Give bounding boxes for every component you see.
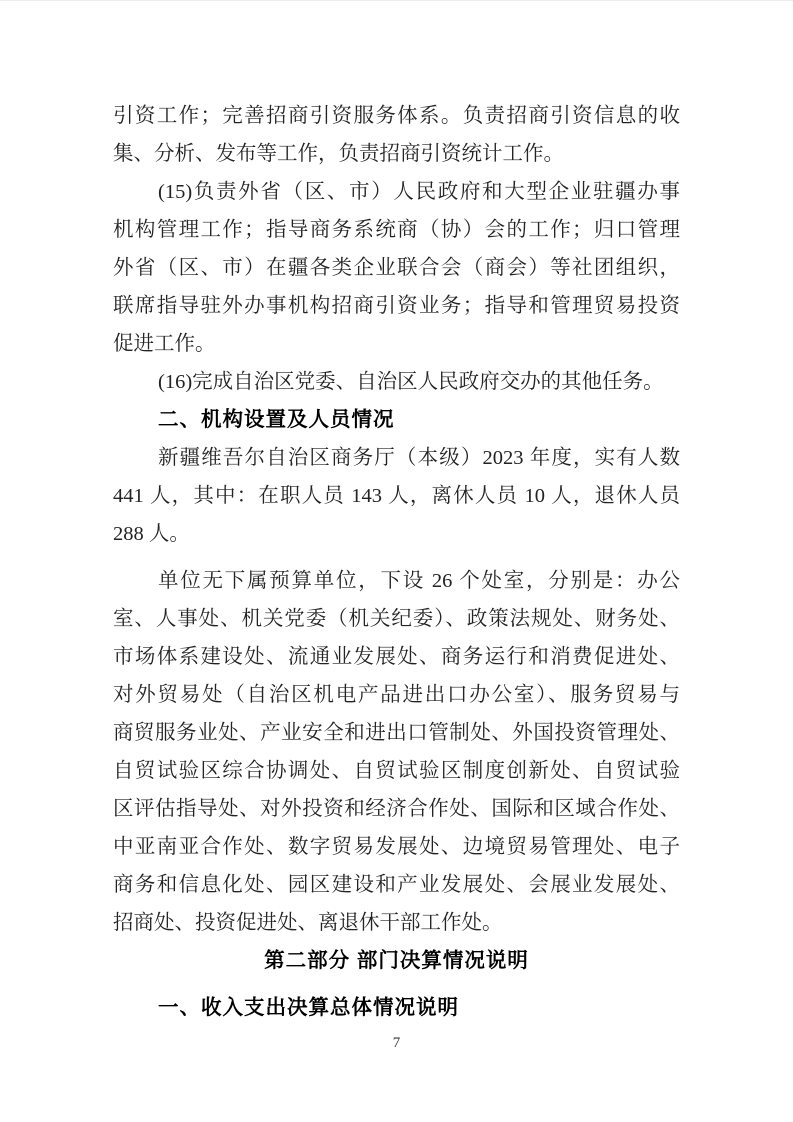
document-page: 引资工作；完善招商引资服务体系。负责招商引资信息的收集、分析、发布等工作，负责招… [0, 0, 793, 1122]
text-line: 市场体系建设处、流通业发展处、商务运行和消费促进处、 [113, 638, 680, 676]
text-line: 新疆维吾尔自治区商务厅（本级）2023 年度，实有人数 [113, 439, 680, 477]
text-line: 机构管理工作；指导商务系统商（协）会的工作；归口管理 [113, 211, 680, 249]
text-line: 引资工作；完善招商引资服务体系。负责招商引资信息的收 [113, 97, 680, 135]
text-line: 自贸试验区综合协调处、自贸试验区制度创新处、自贸试验 [113, 752, 680, 790]
text-line: 中亚南亚合作处、数字贸易发展处、边境贸易管理处、电子 [113, 828, 680, 866]
text-line: 区评估指导处、对外投资和经济合作处、国际和区域合作处、 [113, 790, 680, 828]
text-line: 对外贸易处（自治区机电产品进出口办公室）、服务贸易与 [113, 676, 680, 714]
text-line: (15)负责外省（区、市）人民政府和大型企业驻疆办事 [113, 173, 680, 211]
text-line: 集、分析、发布等工作，负责招商引资统计工作。 [113, 135, 680, 173]
section-title: 第二部分 部门决算情况说明 [113, 942, 680, 980]
text-line: 商务和信息化处、园区建设和产业发展处、会展业发展处、 [113, 866, 680, 904]
text-line: 单位无下属预算单位，下设 26 个处室，分别是：办公 [113, 562, 680, 600]
text-line: 招商处、投资促进处、离退休干部工作处。 [113, 904, 680, 942]
sub-heading: 一、收入支出决算总体情况说明 [113, 989, 680, 1027]
sub-heading: 二、机构设置及人员情况 [113, 401, 680, 439]
text-line: 288 人。 [113, 515, 680, 553]
text-line: 联席指导驻外办事机构招商引资业务；指导和管理贸易投资 [113, 287, 680, 325]
text-line: (16)完成自治区党委、自治区人民政府交办的其他任务。 [113, 363, 680, 401]
page-number: 7 [0, 1035, 793, 1052]
text-line: 室、人事处、机关党委（机关纪委）、政策法规处、财务处、 [113, 600, 680, 638]
text-line: 商贸服务业处、产业安全和进出口管制处、外国投资管理处、 [113, 714, 680, 752]
text-line: 441 人，其中：在职人员 143 人，离休人员 10 人，退休人员 [113, 477, 680, 515]
document-body: 引资工作；完善招商引资服务体系。负责招商引资信息的收集、分析、发布等工作，负责招… [113, 97, 680, 1027]
text-line: 促进工作。 [113, 325, 680, 363]
text-line: 外省（区、市）在疆各类企业联合会（商会）等社团组织， [113, 249, 680, 287]
